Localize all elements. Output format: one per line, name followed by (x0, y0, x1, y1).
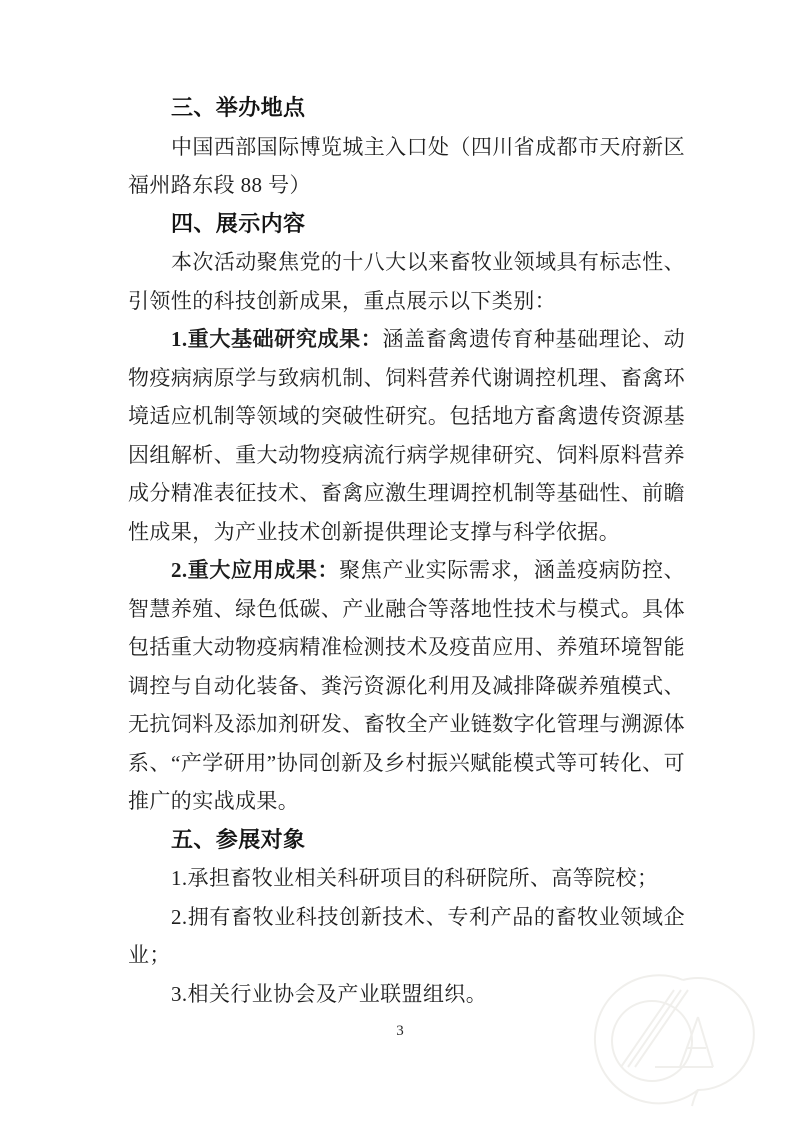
page-number: 3 (0, 1023, 800, 1040)
paragraph-exhibitor-associations: 3.相关行业协会及产业联盟组织。 (128, 975, 685, 1014)
paragraph-exhibit-intro: 本次活动聚焦党的十八大以来畜牧业领域具有标志性、引领性的科技创新成果，重点展示以… (128, 243, 685, 320)
paragraph-exhibitor-enterprises: 2.拥有畜牧业科技创新技术、专利产品的畜牧业领域企业； (128, 898, 685, 975)
item-body-applied-results: 聚焦产业实际需求，涵盖疫病防控、智慧养殖、绿色低碳、产业融合等落地性技术与模式。… (128, 558, 685, 813)
item-lead-basic-research: 1.重大基础研究成果： (171, 327, 382, 351)
paragraph-major-basic-research: 1.重大基础研究成果：涵盖畜禽遗传育种基础理论、动物疫病病原学与致病机制、饲料营… (128, 320, 685, 551)
item-body-basic-research: 涵盖畜禽遗传育种基础理论、动物疫病病原学与致病机制、饲料营养代谢调控机理、畜禽环… (128, 327, 685, 544)
item-lead-applied-results: 2.重大应用成果： (171, 558, 339, 582)
paragraph-exhibitor-institutes: 1.承担畜牧业相关科研项目的科研院所、高等院校； (128, 859, 685, 898)
section-heading-venue: 三、举办地点 (128, 89, 685, 128)
section-heading-exhibitors: 五、参展对象 (128, 821, 685, 860)
paragraph-venue-address: 中国西部国际博览城主入口处（四川省成都市天府新区福州路东段 88 号） (128, 128, 685, 205)
paragraph-major-applied-results: 2.重大应用成果：聚焦产业实际需求，涵盖疫病防控、智慧养殖、绿色低碳、产业融合等… (128, 551, 685, 821)
document-content: 三、举办地点 中国西部国际博览城主入口处（四川省成都市天府新区福州路东段 88 … (128, 89, 685, 1013)
document-page: 三、举办地点 中国西部国际博览城主入口处（四川省成都市天府新区福州路东段 88 … (0, 0, 800, 1131)
section-heading-exhibit-content: 四、展示内容 (128, 205, 685, 244)
